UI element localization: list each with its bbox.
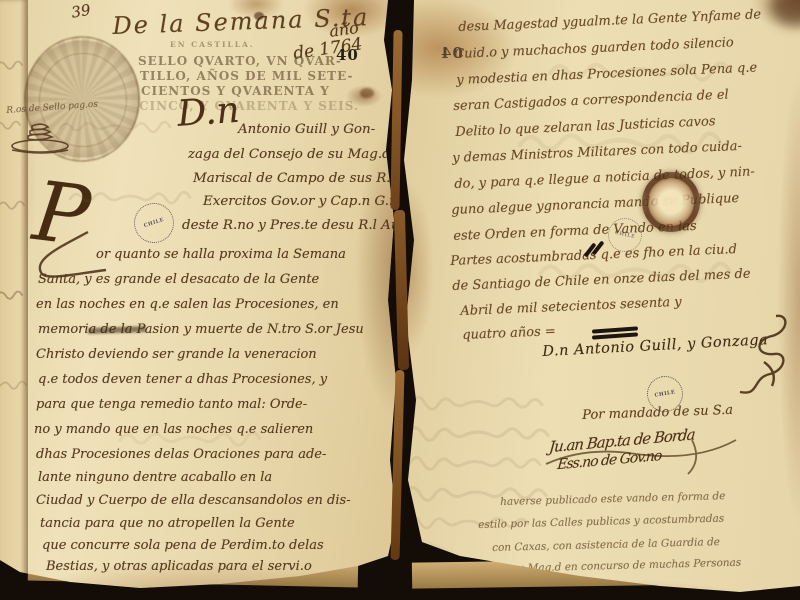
salutation-line: Antonio Guill y Gon- — [238, 122, 375, 137]
manuscript-line: Abril de mil setecientos sesenta y — [460, 295, 682, 319]
manuscript-line: Santa, y es grande el desacato de la Gen… — [38, 272, 319, 287]
manuscript-line: or quanto se halla proxima la Semana — [96, 247, 346, 262]
previous-page-fragments-icon — [0, 200, 24, 210]
manuscript-line: que concurre sola pena de Perdim.to dela… — [42, 538, 324, 553]
bleedthrough-icon — [550, 60, 730, 83]
monogram-dn: D.n — [176, 90, 241, 135]
tax-stamp-line: CINCO, Y QVARENTA Y SEIS. — [139, 99, 359, 113]
bleedthrough-icon — [410, 455, 540, 471]
archive-stamp-text: CHILE — [614, 230, 636, 240]
bleedthrough-icon — [412, 395, 542, 411]
bleedthrough-icon — [70, 190, 190, 205]
previous-page-fragments-icon — [0, 60, 22, 70]
bleedthrough-icon — [60, 120, 170, 134]
page-number-stamp: 40 — [336, 46, 359, 64]
bleedthrough-icon — [540, 260, 730, 284]
burn-hole — [642, 172, 700, 232]
previous-page-fragments-icon — [0, 380, 26, 390]
manuscript-line: para que tenga remedio tanto mal: Orde- — [36, 397, 307, 412]
ink-blot — [360, 88, 374, 98]
manuscript-line: memoria de la Pasion y muerte de N.tro S… — [38, 322, 364, 337]
bleedthrough-icon — [120, 430, 260, 448]
previous-page-fragments-icon — [0, 290, 22, 300]
scribe-rubric-icon — [542, 434, 742, 478]
manuscript-line: Bestias, y otras aplicadas para el servi… — [46, 559, 312, 574]
right-page: 04 desu Magestad ygualm.te la Gente Ynfa… — [400, 0, 800, 600]
manuscript-line: desu Magestad ygualm.te la Gente Ynfame … — [458, 7, 761, 35]
by-order-line: Por mandado de su S.a — [582, 403, 733, 423]
manuscript-photo: 39 R.os de Sello pag.os De la Semana S.t… — [0, 0, 800, 600]
manuscript-line: tancia para que no atropellen la Gente — [40, 516, 295, 531]
gutter-torn-edge — [390, 30, 402, 210]
manuscript-line: dhas Procesiones delas Oraciones para ad… — [36, 447, 326, 462]
left-page: 39 R.os de Sello pag.os De la Semana S.t… — [0, 0, 400, 600]
manuscript-line: q.e todos deven tener a dhas Procesiones… — [38, 372, 327, 387]
salutation-line: deste R.no y Pres.te desu R.l Aud.a — [182, 218, 420, 233]
salutation-line: Mariscal de Campo de sus R.s — [193, 171, 397, 186]
manuscript-line: quatro años = — [462, 324, 556, 343]
tax-stamp-line: SELLO QVARTO, VN QVAR- — [138, 54, 342, 68]
gutter-torn-edge — [394, 210, 409, 370]
bleedthrough-icon — [520, 130, 720, 155]
manuscript-line: seran Castigados a correspondencia de el — [453, 87, 729, 114]
manuscript-line: Ciudad y Cuerpo de ella descansandolos e… — [36, 493, 351, 508]
manuscript-line: Christo deviendo ser grande la veneracio… — [36, 347, 317, 362]
manuscript-line: lante ninguno dentre acaballo en la — [38, 470, 272, 485]
ink-blot — [254, 12, 264, 20]
tax-stamp-line: TILLO, AÑOS DE MIL SETE- — [140, 69, 353, 83]
archive-stamp-text: CHILE — [143, 217, 165, 229]
manuscript-line: do, y para q.e llegue a noticia de todos… — [454, 164, 755, 192]
bleedthrough-icon — [408, 515, 528, 530]
folio-number: 39 — [70, 1, 92, 22]
archive-stamp-text: CHILE — [654, 389, 676, 399]
salutation-line: zaga del Consejo de su Mag.d — [188, 147, 391, 162]
bleedthrough-icon — [406, 485, 546, 503]
tax-stamp-header: EN CASTILLA. — [170, 40, 254, 49]
publication-note-line: con Caxas, con asistencia de la Guardia … — [492, 536, 720, 554]
archive-stamp: CHILE — [129, 198, 179, 248]
bleedthrough-icon — [408, 425, 548, 443]
salutation-line: Exercitos Gov.or y Cap.n G.ral — [203, 194, 408, 209]
manuscript-line: Cuid.o y muchachos guarden todo silencio — [454, 35, 734, 62]
manuscript-line: en las noches en q.e salen las Procesion… — [36, 297, 339, 312]
rubric-flourish-icon — [730, 312, 790, 400]
